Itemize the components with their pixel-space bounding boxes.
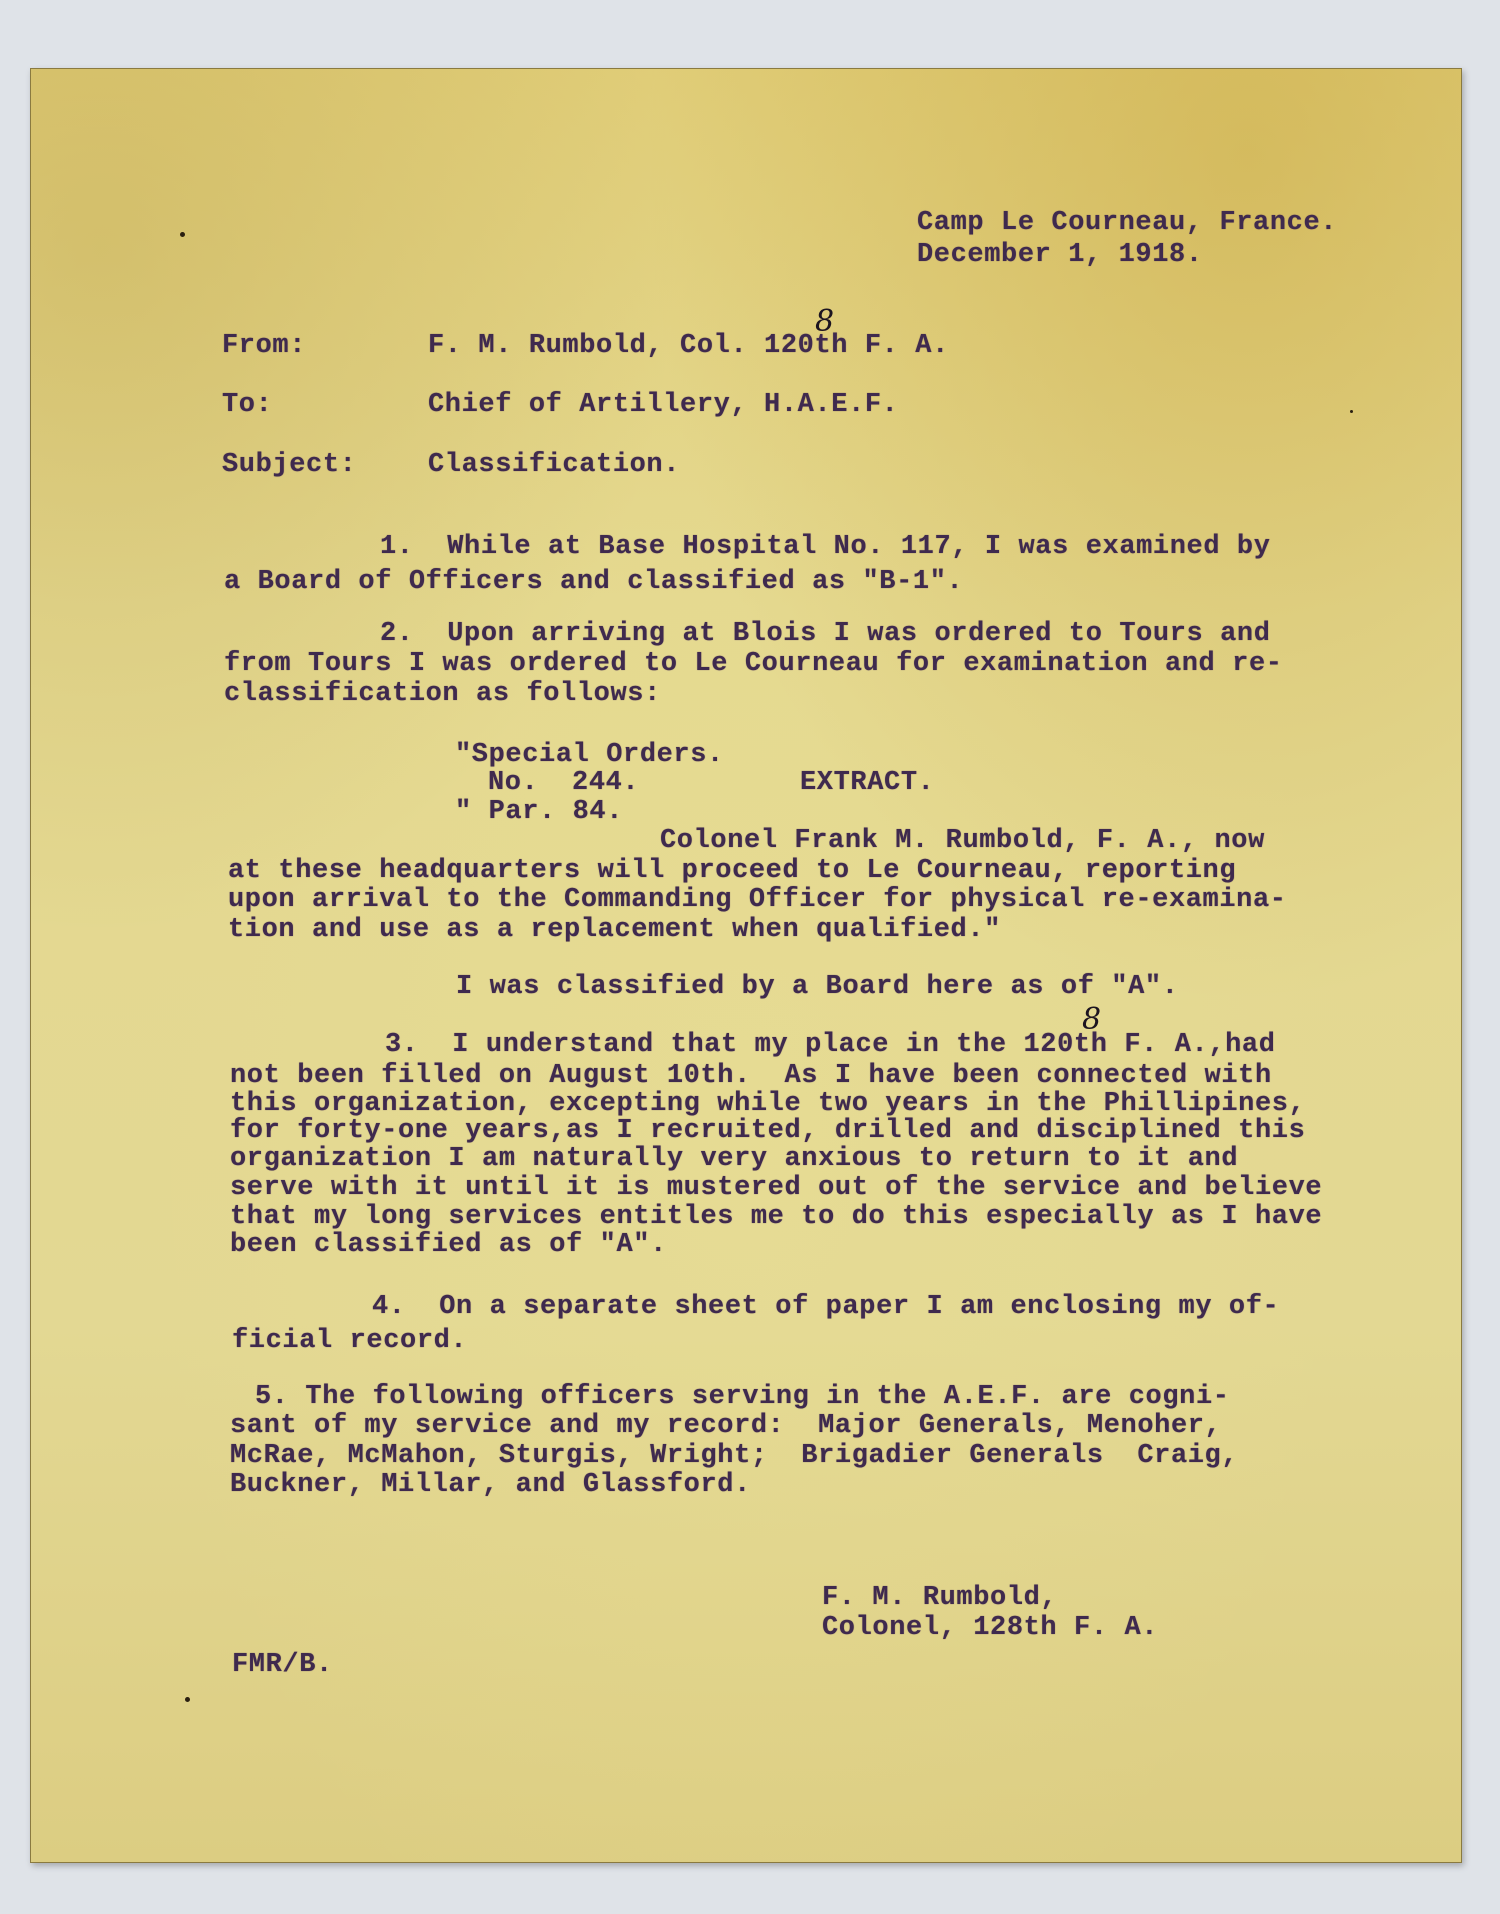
signature-title: Colonel, 128th F. A. (822, 1613, 1158, 1643)
paragraph-3-line: 3. I understand that my place in the 120… (385, 1030, 1276, 1060)
paragraph-4-line: ficial record. (232, 1326, 467, 1356)
subject-label: Subject: (222, 450, 356, 480)
paragraph-3-line: that my long services entitles me to do … (230, 1202, 1322, 1232)
to-label: To: (222, 390, 272, 420)
quote-body-line: upon arrival to the Commanding Officer f… (228, 885, 1287, 915)
paragraph-1-line: a Board of Officers and classified as "B… (224, 567, 963, 597)
from-value: F. M. Rumbold, Col. 120th F. A. (428, 331, 949, 361)
place-line: Camp Le Courneau, France. (917, 208, 1337, 238)
quote-body-line: at these headquarters will proceed to Le… (228, 856, 1236, 886)
paragraph-3-line: this organization, excepting while two y… (230, 1089, 1305, 1119)
paragraph-1-line: 1. While at Base Hospital No. 117, I was… (380, 532, 1271, 562)
paragraph-5-line: 5. The following officers serving in the… (255, 1382, 1230, 1412)
paragraph-5-line: sant of my service and my record: Major … (230, 1411, 1221, 1441)
paper-speck (1350, 410, 1353, 413)
paper-speck (180, 232, 185, 237)
paper-speck (185, 1697, 190, 1702)
paragraph-3-line: been classified as of "A". (230, 1230, 667, 1260)
paragraph-5-line: Buckner, Millar, and Glassford. (230, 1470, 751, 1500)
quote-special-orders: "Special Orders. (455, 740, 724, 770)
quote-body-line: tion and use as a replacement when quali… (228, 915, 1001, 945)
quote-order-number: No. 244. (488, 768, 639, 798)
paragraph-2-line: from Tours I was ordered to Le Courneau … (224, 649, 1283, 679)
reclassification-line: I was classified by a Board here as of "… (456, 972, 1179, 1002)
handwritten-correction-from: 8 (815, 304, 834, 339)
paragraph-2-line: 2. Upon arriving at Blois I was ordered … (380, 619, 1271, 649)
paragraph-5-line: McRae, McMahon, Sturgis, Wright; Brigadi… (230, 1441, 1238, 1471)
reference-initials: FMR/B. (232, 1650, 333, 1680)
subject-value: Classification. (428, 450, 680, 480)
to-value: Chief of Artillery, H.A.E.F. (428, 390, 898, 420)
paragraph-4-line: 4. On a separate sheet of paper I am enc… (372, 1292, 1279, 1322)
from-label: From: (222, 331, 306, 361)
quote-extract-label: EXTRACT. (800, 768, 934, 798)
paragraph-2-line: classification as follows: (224, 679, 661, 709)
date-line: December 1, 1918. (917, 240, 1203, 270)
paragraph-3-line: organization I am naturally very anxious… (230, 1144, 1238, 1174)
signature-name: F. M. Rumbold, (822, 1583, 1057, 1613)
paragraph-3-line: not been filled on August 10th. As I hav… (230, 1061, 1272, 1091)
paragraph-3-line: serve with it until it is mustered out o… (230, 1173, 1322, 1203)
quote-body-line: Colonel Frank M. Rumbold, F. A., now (660, 826, 1265, 856)
paragraph-3-line: for forty-one years,as I recruited, dril… (230, 1116, 1305, 1146)
quote-paragraph-number: " Par. 84. (455, 797, 623, 827)
